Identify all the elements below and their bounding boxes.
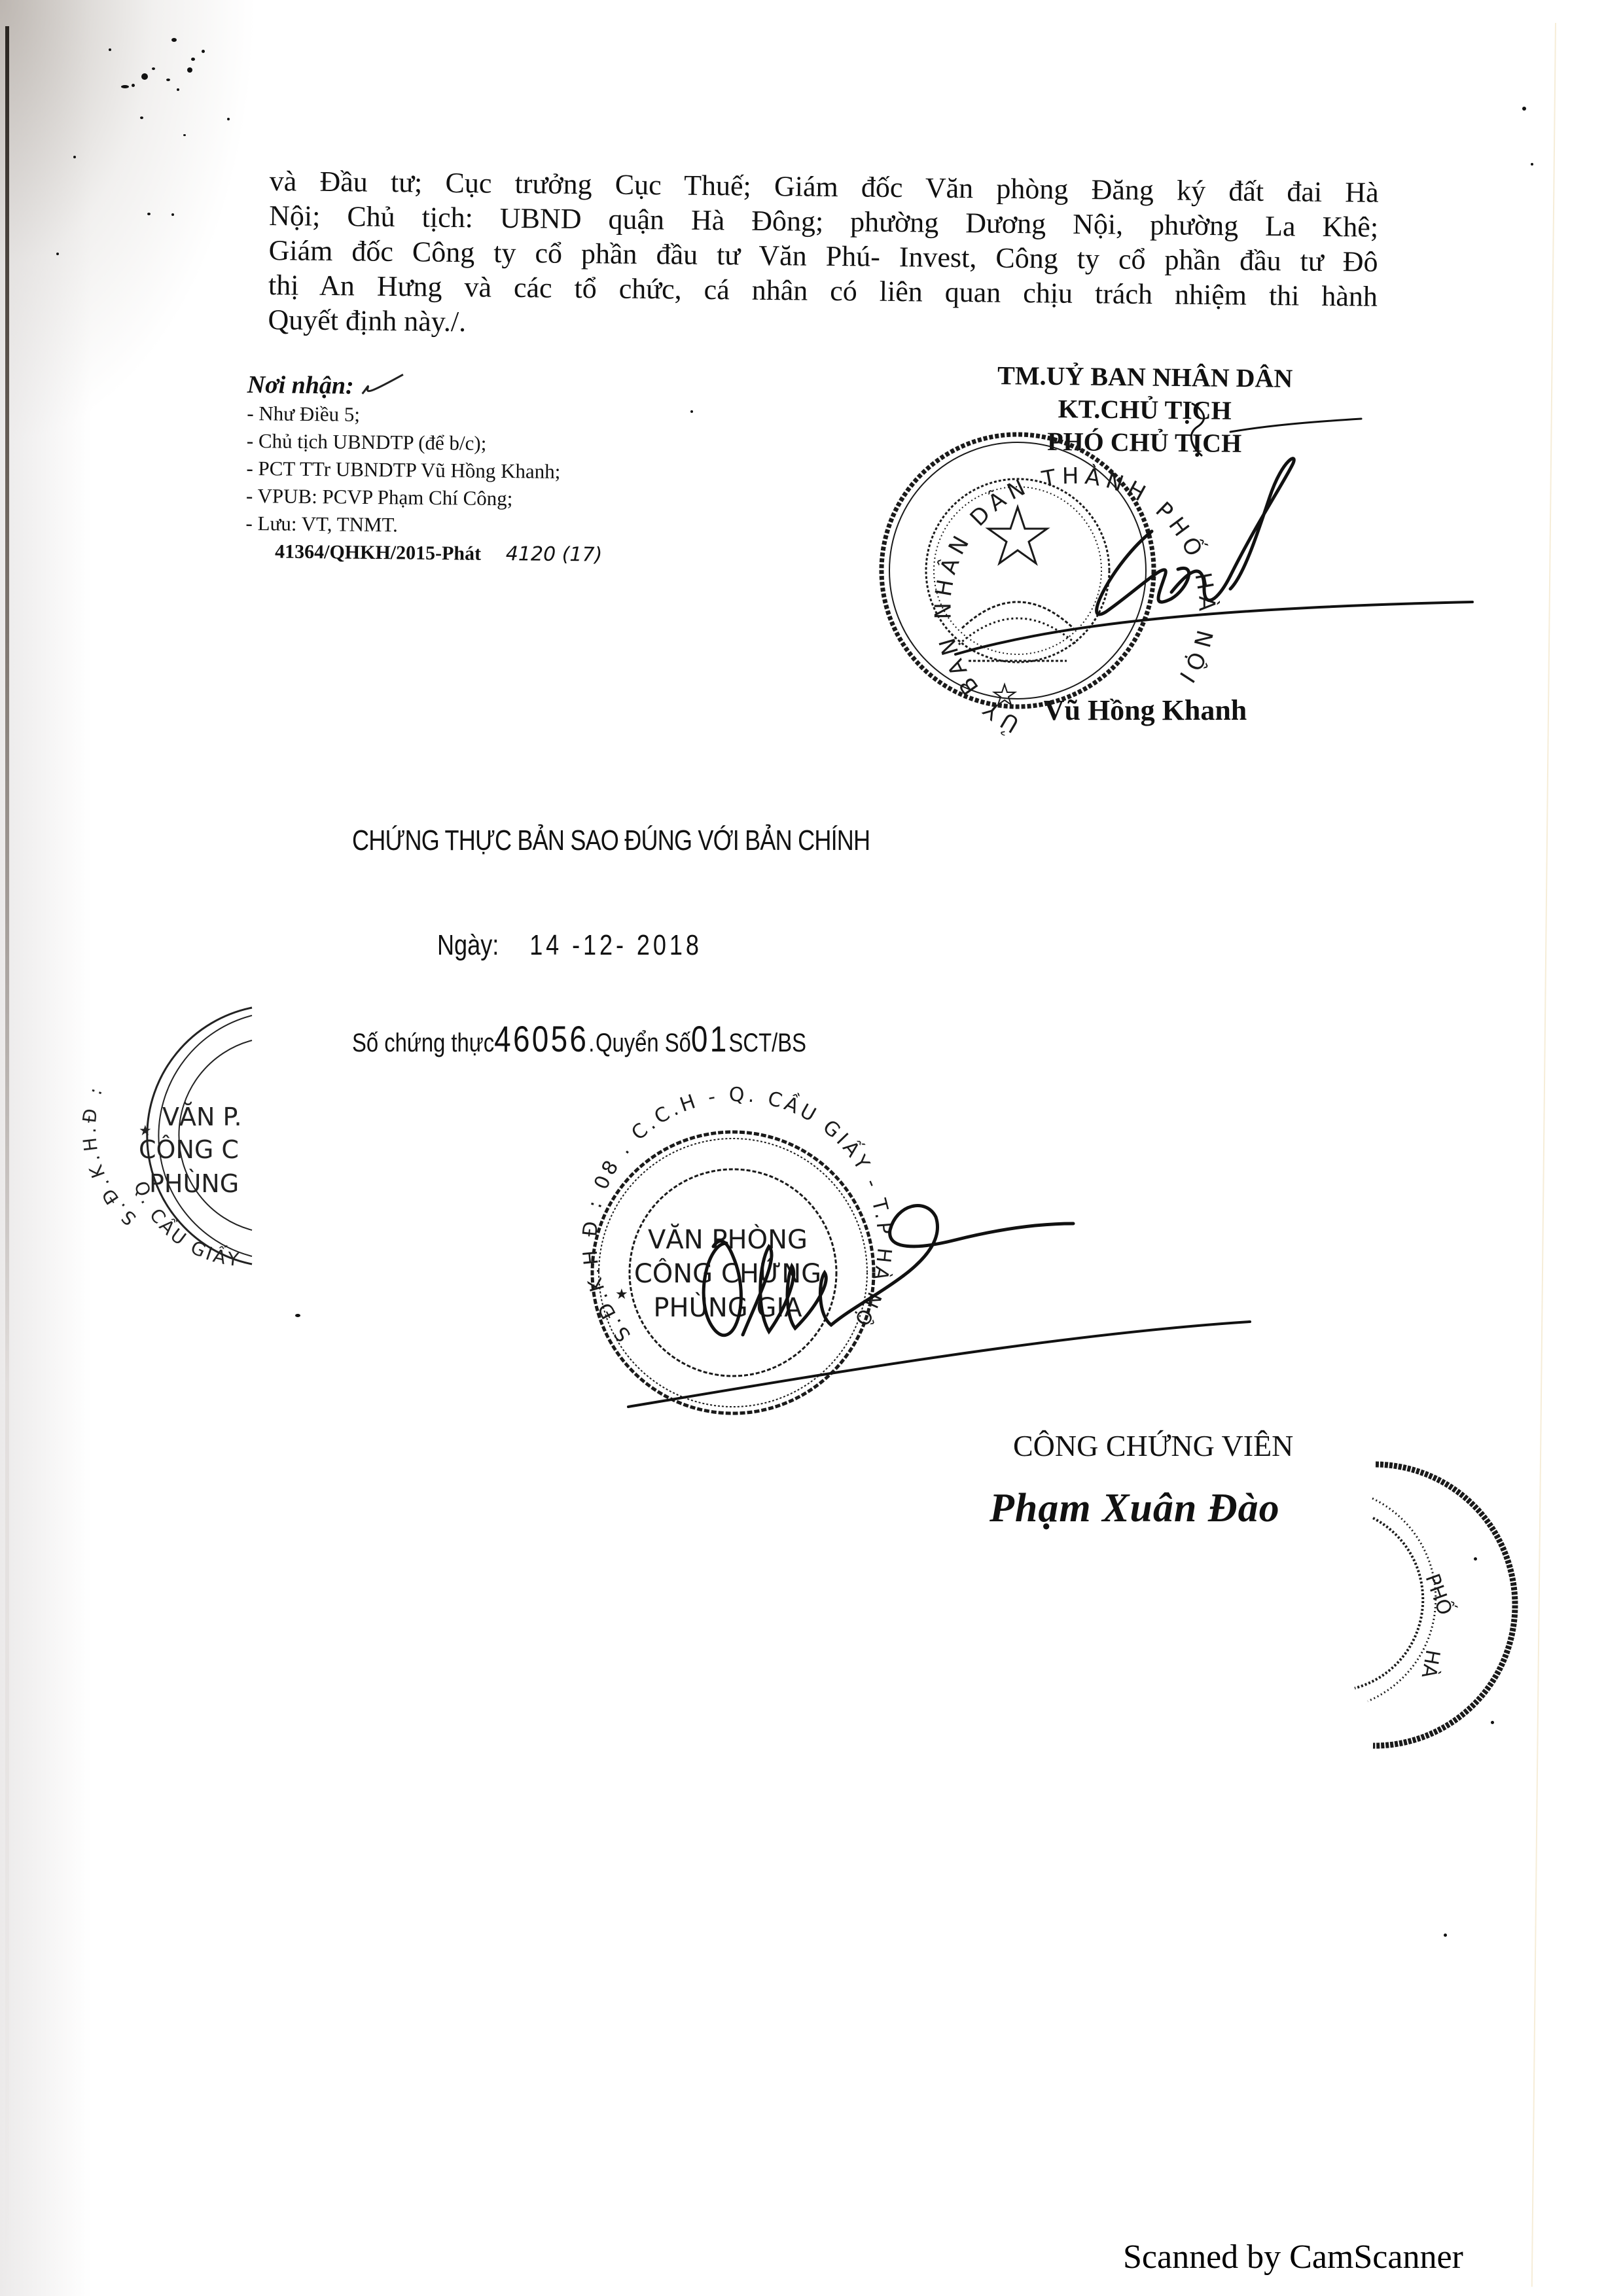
svg-text:S.Đ.K.H.Đ : 08 . C.C.H - Q. CẦ: S.Đ.K.H.Đ : 08 . C.C.H - Q. CẦU GIẤY - T… xyxy=(0,0,896,1346)
svg-text:HÀ: HÀ xyxy=(1417,1648,1445,1680)
svg-text:★: ★ xyxy=(615,1286,628,1303)
svg-text:PHÙNG GIA: PHÙNG GIA xyxy=(653,1292,802,1323)
svg-text:CÔNG C: CÔNG C xyxy=(139,1135,239,1164)
svg-text:PHÙNG: PHÙNG xyxy=(149,1169,239,1198)
svg-text:Q. CẦU GIẤY -: Q. CẦU GIẤY - xyxy=(0,0,249,1271)
svg-text:ỦY BAN NHÂN DÂN THÀNH PHỐ HÀ N: ỦY BAN NHÂN DÂN THÀNH PHỐ HÀ NỘI xyxy=(930,463,1220,740)
city-seal: ỦY BAN NHÂN DÂN THÀNH PHỐ HÀ NỘI xyxy=(882,434,1221,740)
partial-notary-seal: ★ VĂN P. CÔNG C PHÙNG S.Đ.K.H.Đ : Q. CẦU… xyxy=(0,0,252,1271)
partial-seal-right: PHỐ HÀ xyxy=(1355,1464,1515,1746)
svg-text:VĂN PHÒNG: VĂN PHÒNG xyxy=(648,1223,808,1255)
seals-and-signatures: ỦY BAN NHÂN DÂN THÀNH PHỐ HÀ NỘI ★ VĂN P… xyxy=(0,0,1623,2296)
svg-text:VĂN P.: VĂN P. xyxy=(162,1102,242,1131)
svg-text:S.Đ.K.H.Đ :: S.Đ.K.H.Đ : xyxy=(79,1081,141,1229)
svg-text:PHỐ: PHỐ xyxy=(1420,1570,1459,1618)
notary-seal: S.Đ.K.H.Đ : 08 . C.C.H - Q. CẦU GIẤY - T… xyxy=(0,0,896,1413)
